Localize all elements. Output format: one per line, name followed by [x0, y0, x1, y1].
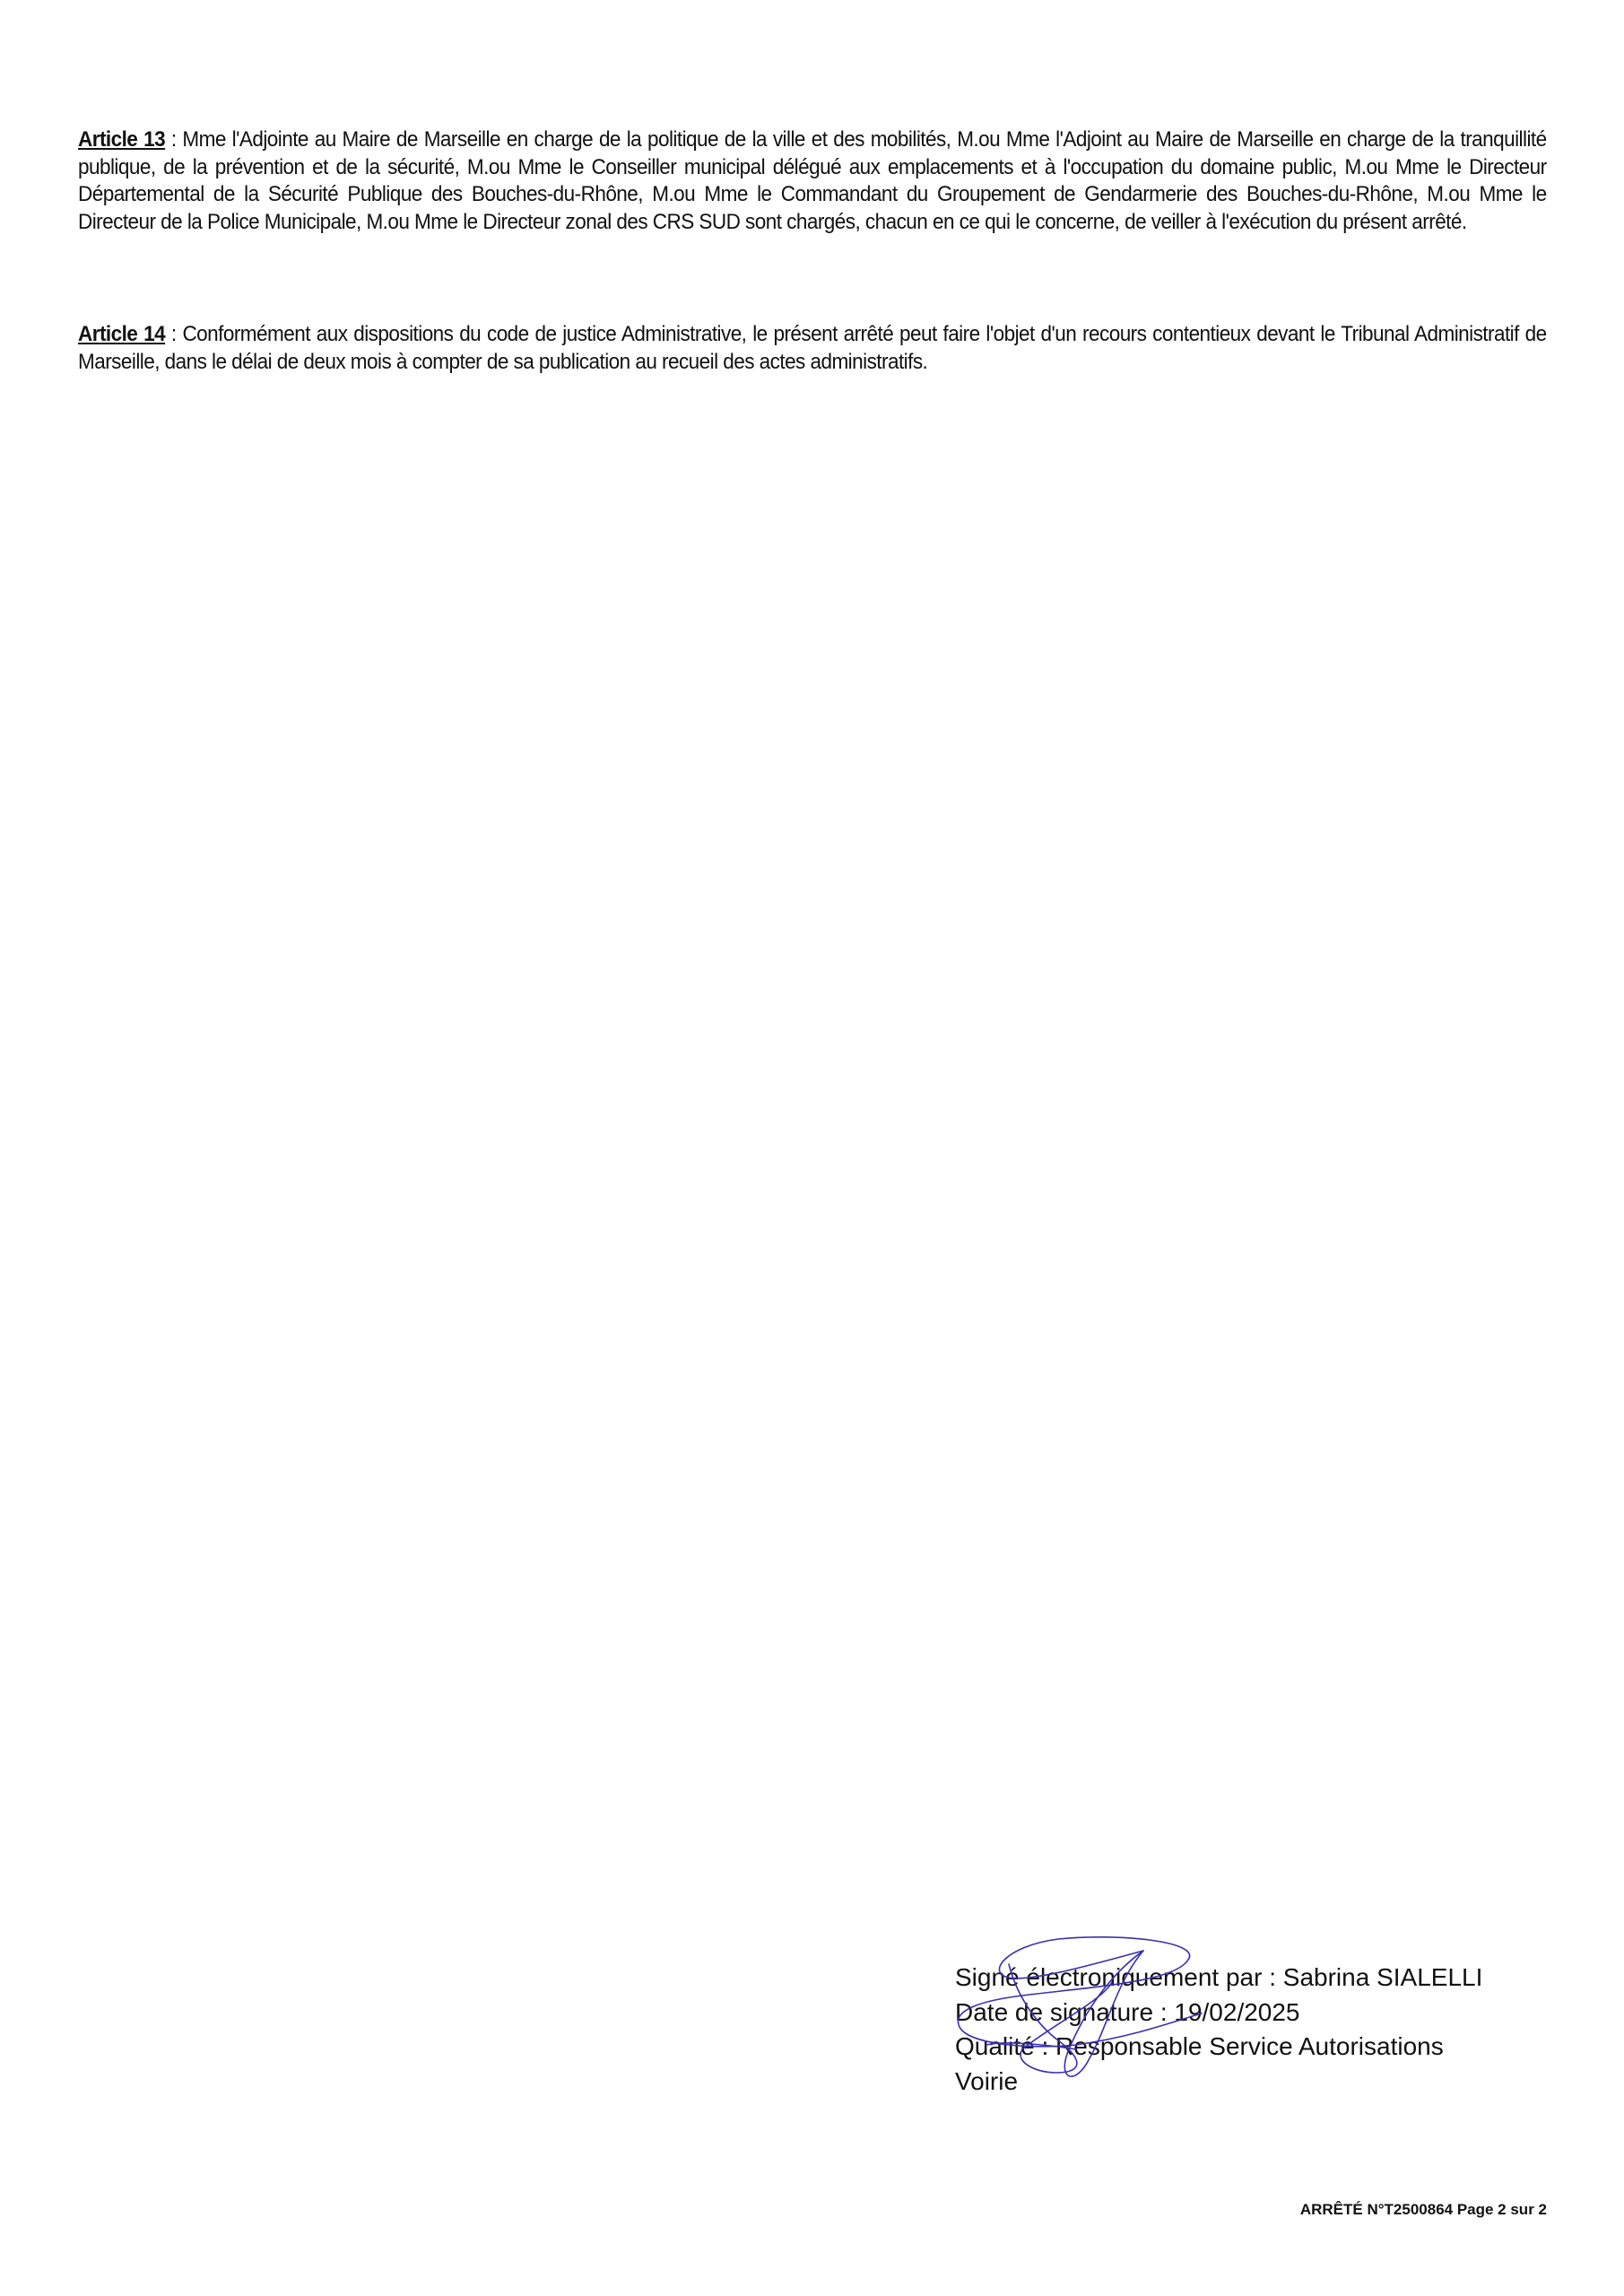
article-13: Article 13 : Mme l'Adjointe au Maire de … [78, 126, 1547, 236]
article-separator: : [165, 127, 182, 152]
article-heading: Article 14 [78, 322, 165, 346]
article-heading: Article 13 [78, 127, 165, 152]
article-14: Article 14 : Conformément aux dispositio… [78, 321, 1547, 376]
signature-date: Date de signature : 19/02/2025 [955, 1996, 1482, 2031]
signer-role-continued: Voirie [955, 2065, 1482, 2100]
article-body: Conformément aux dispositions du code de… [78, 322, 1547, 374]
article-separator: : [165, 322, 182, 346]
signature-block: Signé électroniquement par : Sabrina SIA… [955, 1961, 1482, 2099]
document-page: Article 13 : Mme l'Adjointe au Maire de … [0, 0, 1624, 2296]
signed-by: Signé électroniquement par : Sabrina SIA… [955, 1961, 1482, 1996]
article-body: Mme l'Adjointe au Maire de Marseille en … [78, 127, 1547, 234]
page-footer-reference: ARRÊTÉ N°T2500864 Page 2 sur 2 [1300, 2201, 1547, 2219]
signer-role: Qualité : Responsable Service Autorisati… [955, 2030, 1482, 2065]
